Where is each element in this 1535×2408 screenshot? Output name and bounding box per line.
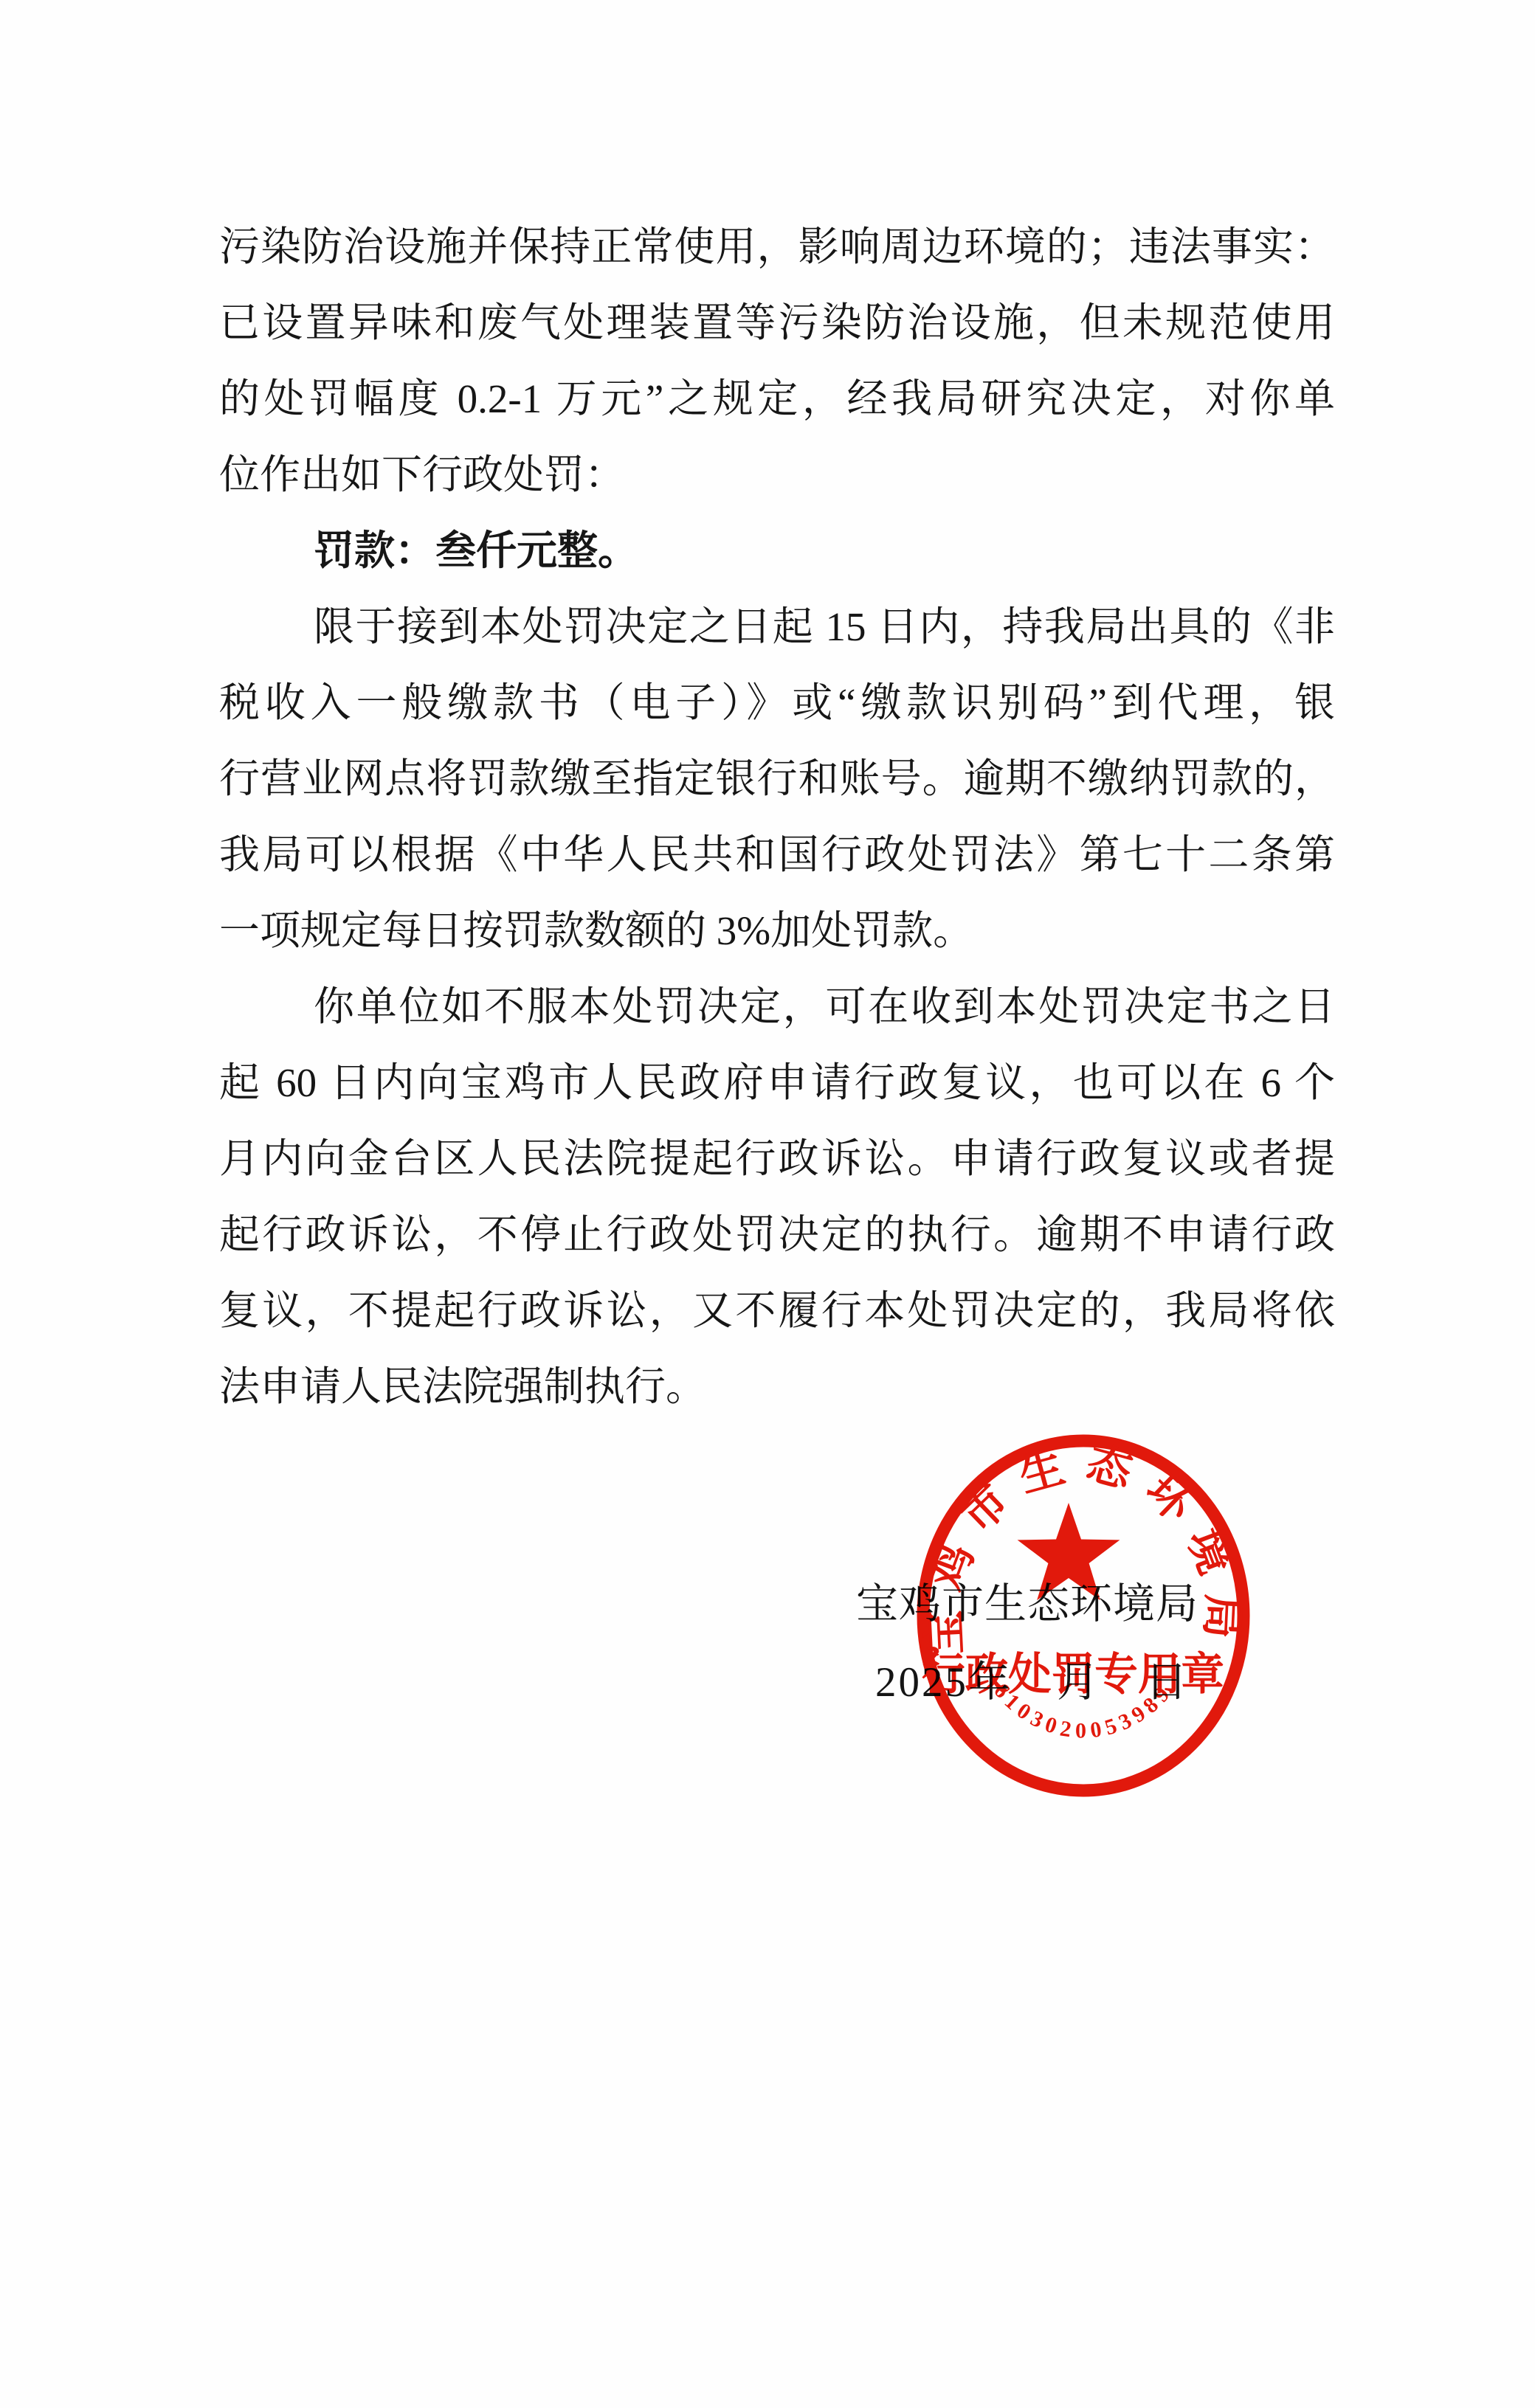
- body-line: 我局可以根据《中华人民共和国行政处罚法》第七十二条第: [219, 817, 1335, 893]
- document-page: 污染防治设施并保持正常使用，影响周边环境的；违法事实： 已设置异味和废气处理装置…: [0, 0, 1535, 2408]
- body-line: 位作出如下行政处罚：: [219, 437, 1335, 513]
- body-line: 一项规定每日按罚款数额的 3%加处罚款。: [219, 893, 1335, 969]
- body-text: 污染防治设施并保持正常使用，影响周边环境的；违法事实： 已设置异味和废气处理装置…: [219, 209, 1335, 1425]
- body-line: 法申请人民法院强制执行。: [219, 1349, 1335, 1425]
- body-line: 污染防治设施并保持正常使用，影响周边环境的；违法事实：: [219, 209, 1335, 285]
- body-line: 复议，不提起行政诉讼，又不履行本处罚决定的，我局将依: [219, 1273, 1335, 1349]
- body-line: 已设置异味和废气处理装置等污染防治设施，但未规范使用: [219, 285, 1335, 361]
- body-line: 税收入一般缴款书（电子）》或“缴款识别码”到代理，银: [219, 665, 1335, 741]
- official-seal: 宝鸡市生态环境局 行政处罚专用章 6103020053989: [917, 1434, 1250, 1797]
- body-line: 限于接到本处罚决定之日起 15 日内，持我局出具的《非: [219, 589, 1335, 665]
- body-line: 行营业网点将罚款缴至指定银行和账号。逾期不缴纳罚款的，: [219, 741, 1335, 817]
- body-line: 起 60 日内向宝鸡市人民政府申请行政复议，也可以在 6 个: [219, 1045, 1335, 1121]
- body-line: 的处罚幅度 0.2-1 万元”之规定，经我局研究决定，对你单: [219, 361, 1335, 437]
- seal-title-text: 行政处罚专用章: [922, 1650, 1224, 1699]
- body-line: 月内向金台区人民法院提起行政诉讼。申请行政复议或者提: [219, 1121, 1335, 1197]
- body-line: 起行政诉讼，不停止行政处罚决定的执行。逾期不申请行政: [219, 1197, 1335, 1273]
- body-line: 你单位如不服本处罚决定，可在收到本处罚决定书之日: [219, 969, 1335, 1045]
- seal-star-icon: [1018, 1503, 1120, 1600]
- penalty-amount-line: 罚款：叁仟元整。: [219, 513, 1335, 589]
